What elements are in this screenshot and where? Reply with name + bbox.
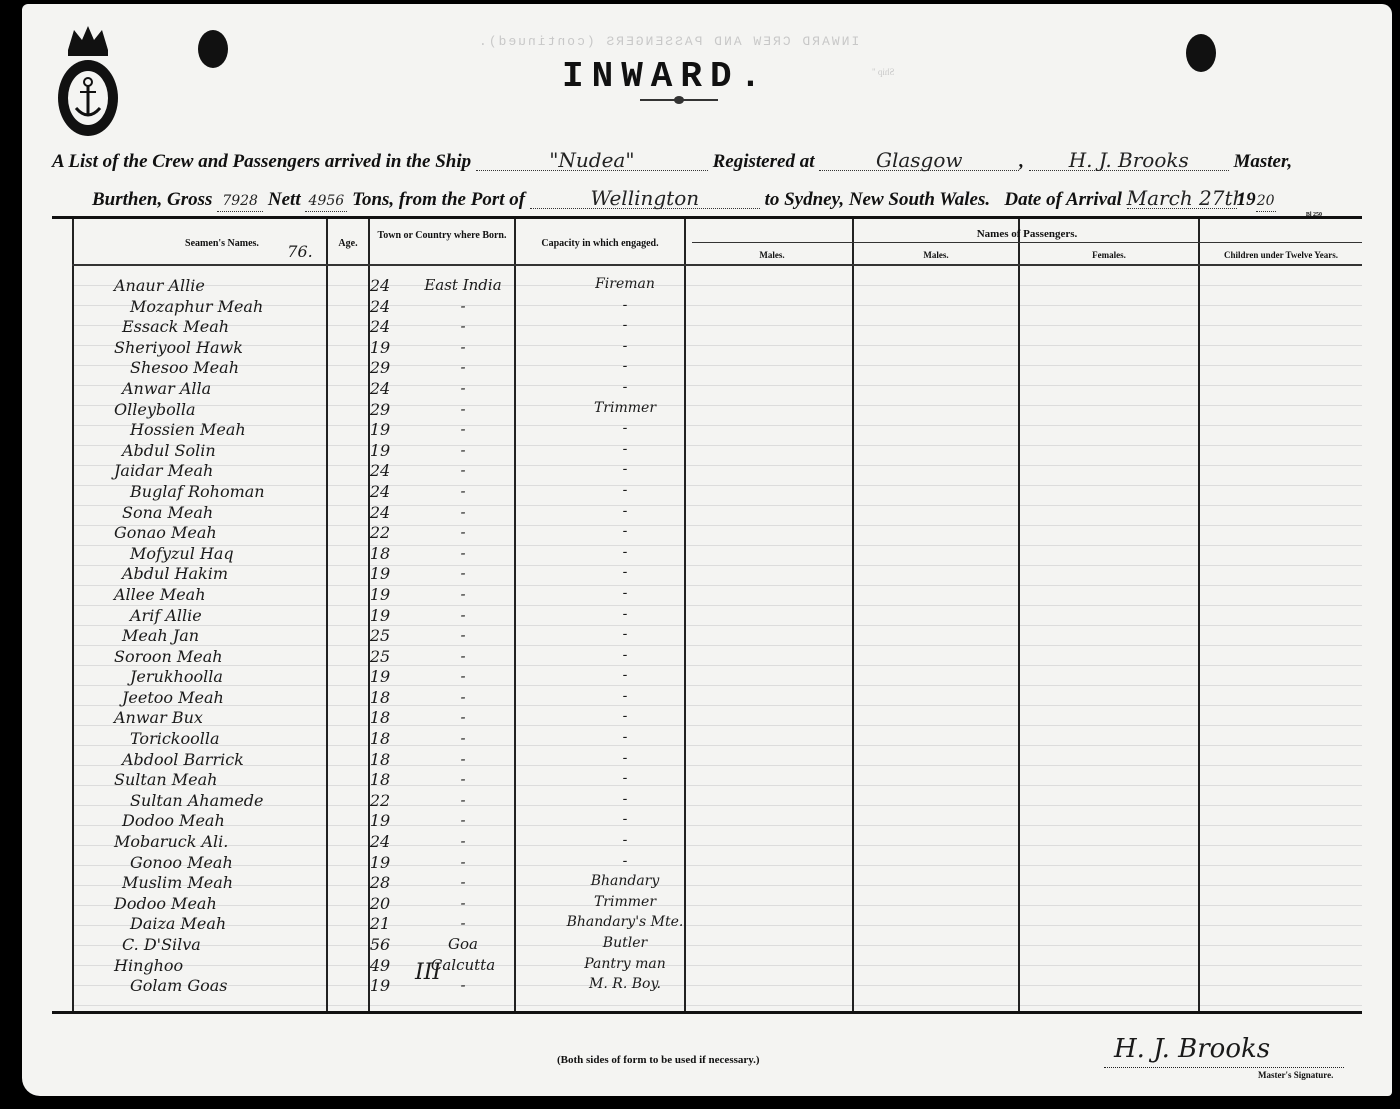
born-cell: - xyxy=(392,667,534,685)
gross-tons-field[interactable]: 7928 xyxy=(217,191,263,212)
born-cell: - xyxy=(392,523,534,541)
born-cell: - xyxy=(392,585,534,603)
table-row: Meah Jan25-- xyxy=(52,626,732,647)
master-label: Master, xyxy=(1233,151,1292,172)
capacity-cell: - xyxy=(540,606,710,622)
born-cell: - xyxy=(392,544,534,562)
table-row: Sheriyool Hawk19-- xyxy=(52,338,732,359)
table-row: Sultan Ahamede22-- xyxy=(52,791,732,812)
header-bottom-rule xyxy=(72,264,1362,266)
table-top-rule xyxy=(52,216,1362,219)
capacity-cell: Fireman xyxy=(540,276,710,292)
table-row: Shesoo Meah29-- xyxy=(52,358,732,379)
born-cell: - xyxy=(392,976,534,994)
form-title: INWARD. xyxy=(562,56,769,97)
capacity-cell: M. R. Boy. xyxy=(540,976,710,992)
table-row: Abdul Hakim19-- xyxy=(52,564,732,585)
capacity-cell: - xyxy=(540,379,710,395)
crew-name-cell: Essack Meah xyxy=(122,317,372,336)
tally-marks: III xyxy=(415,960,441,985)
born-cell: - xyxy=(392,894,534,912)
table-row: Mobaruck Ali.24-- xyxy=(52,832,732,853)
born-cell: - xyxy=(392,358,534,376)
header-age: Age. xyxy=(328,238,368,250)
crew-name-cell: Meah Jan xyxy=(122,626,372,645)
table-row: Abdool Barrick18-- xyxy=(52,750,732,771)
born-cell: - xyxy=(392,750,534,768)
crew-name-cell: Jerukhoolla xyxy=(130,667,380,686)
table-row: Sultan Meah18-- xyxy=(52,770,732,791)
crew-name-cell: Anaur Allie xyxy=(114,276,364,295)
born-cell: - xyxy=(392,729,534,747)
year-prefix: 19 xyxy=(1237,189,1256,210)
table-row: Muslim Meah28-Bhandary xyxy=(52,873,732,894)
table-row: Gonao Meah22-- xyxy=(52,523,732,544)
capacity-cell: Pantry man xyxy=(540,956,710,972)
table-row: Soroon Meah25-- xyxy=(52,647,732,668)
crew-name-cell: Arif Allie xyxy=(130,606,380,625)
capacity-cell: - xyxy=(540,647,710,663)
ship-name-field[interactable]: "Nudea" xyxy=(476,150,708,171)
passengers-group-rule xyxy=(692,242,1362,243)
crew-name-cell: Soroon Meah xyxy=(114,647,364,666)
crew-name-cell: Abdool Barrick xyxy=(122,750,372,769)
crew-name-cell: Anwar Alla xyxy=(122,379,372,398)
table-row: Jaidar Meah24-- xyxy=(52,461,732,482)
count-annotation: 76. xyxy=(280,246,320,258)
capacity-cell: - xyxy=(540,853,710,869)
born-cell: - xyxy=(392,400,534,418)
table-row: Essack Meah24-- xyxy=(52,317,732,338)
crew-name-cell: Torickoolla xyxy=(130,729,380,748)
born-cell: - xyxy=(392,503,534,521)
table-row: Arif Allie19-- xyxy=(52,606,732,627)
crew-name-cell: Dodoo Meah xyxy=(114,894,364,913)
crew-rows: Anaur Allie24East IndiaFiremanMozaphur M… xyxy=(52,276,732,997)
born-cell: - xyxy=(392,379,534,397)
header-males-2: Males. xyxy=(854,249,1018,261)
capacity-cell: - xyxy=(540,358,710,374)
born-cell: - xyxy=(392,482,534,500)
capacity-cell: - xyxy=(540,688,710,704)
table-row: Hinghoo49CalcuttaPantry man xyxy=(52,956,732,977)
crew-name-cell: Allee Meah xyxy=(114,585,364,604)
header-children: Children under Twelve Years. xyxy=(1200,249,1362,261)
born-cell: - xyxy=(392,914,534,932)
table-row: Abdul Solin19-- xyxy=(52,441,732,462)
born-cell: - xyxy=(392,420,534,438)
born-cell: - xyxy=(392,317,534,335)
header-line-2: Burthen, Gross 7928 Nett 4956 Tons, from… xyxy=(92,188,1276,212)
master-name-field[interactable]: H. J. Brooks xyxy=(1029,150,1229,171)
signature-label: Master's Signature. xyxy=(1258,1070,1333,1080)
crew-name-cell: Jeetoo Meah xyxy=(122,688,372,707)
crew-name-cell: Gonao Meah xyxy=(114,523,364,542)
crew-name-cell: Abdul Solin xyxy=(122,441,372,460)
crew-name-cell: Mobaruck Ali. xyxy=(114,832,364,851)
signature-line xyxy=(1104,1067,1344,1068)
header-seamens-names: Seamen's Names. xyxy=(152,238,292,250)
capacity-cell: - xyxy=(540,420,710,436)
table-row: Dodoo Meah20-Trimmer xyxy=(52,894,732,915)
capacity-cell: - xyxy=(540,338,710,354)
born-cell: - xyxy=(392,564,534,582)
capacity-cell: - xyxy=(540,523,710,539)
born-cell: - xyxy=(392,853,534,871)
registered-label: Registered at xyxy=(713,151,815,172)
crew-name-cell: Hinghoo xyxy=(114,956,364,975)
crew-name-cell: Mozaphur Meah xyxy=(130,297,380,316)
header-line-1: A List of the Crew and Passengers arrive… xyxy=(52,150,1292,173)
born-cell: - xyxy=(392,297,534,315)
capacity-cell: - xyxy=(540,729,710,745)
crew-name-cell: Hossien Meah xyxy=(130,420,380,439)
table-row: Gonoo Meah19-- xyxy=(52,853,732,874)
table-row: Mofyzul Haq18-- xyxy=(52,544,732,565)
punch-hole-left xyxy=(198,30,228,68)
table-row: Anaur Allie24East IndiaFireman xyxy=(52,276,732,297)
born-cell: - xyxy=(392,708,534,726)
crew-name-cell: Dodoo Meah xyxy=(122,811,372,830)
born-cell: - xyxy=(392,338,534,356)
crew-name-cell: Golam Goas xyxy=(130,976,380,995)
header-born: Town or Country where Born. xyxy=(370,230,514,242)
crew-name-cell: Mofyzul Haq xyxy=(130,544,380,563)
born-cell: Calcutta xyxy=(392,956,534,974)
crew-name-cell: Daiza Meah xyxy=(130,914,380,933)
arrival-label: Date of Arrival xyxy=(1004,189,1122,210)
table-row: Sona Meah24-- xyxy=(52,503,732,524)
capacity-cell: - xyxy=(540,317,710,333)
born-cell: - xyxy=(392,461,534,479)
from-port-field[interactable]: Wellington xyxy=(530,188,760,209)
master-signature[interactable]: H. J. Brooks xyxy=(1114,1034,1270,1064)
list-prefix-label: A List of the Crew and Passengers arrive… xyxy=(52,151,471,172)
table-row: Buglaf Rohoman24-- xyxy=(52,482,732,503)
capacity-cell: - xyxy=(540,461,710,477)
table-row: Mozaphur Meah24-- xyxy=(52,297,732,318)
title-ornament xyxy=(640,99,718,101)
capacity-cell: - xyxy=(540,626,710,642)
table-row: C. D'Silva56GoaButler xyxy=(52,935,732,956)
table-row: Anwar Alla24-- xyxy=(52,379,732,400)
header-females: Females. xyxy=(1020,249,1198,261)
crew-name-cell: Muslim Meah xyxy=(122,873,372,892)
born-cell: - xyxy=(392,441,534,459)
capacity-cell: - xyxy=(540,811,710,827)
footer-note: (Both sides of form to be used if necess… xyxy=(557,1054,760,1066)
nett-tons-field[interactable]: 4956 xyxy=(305,191,347,212)
capacity-cell: - xyxy=(540,832,710,848)
born-cell: - xyxy=(392,873,534,891)
crew-name-cell: Sultan Meah xyxy=(114,770,364,789)
born-cell: - xyxy=(392,626,534,644)
crew-name-cell: Abdul Hakim xyxy=(122,564,372,583)
crew-name-cell: Sona Meah xyxy=(122,503,372,522)
crew-name-cell: Olleybolla xyxy=(114,400,364,419)
crew-name-cell: C. D'Silva xyxy=(122,935,372,954)
capacity-cell: - xyxy=(540,503,710,519)
table-row: Golam Goas19-M. R. Boy. xyxy=(52,976,732,997)
capacity-cell: - xyxy=(540,791,710,807)
born-cell: - xyxy=(392,791,534,809)
form-number: Bl 250 xyxy=(1306,212,1322,218)
crew-name-cell: Sultan Ahamede xyxy=(130,791,380,810)
crew-name-cell: Sheriyool Hawk xyxy=(114,338,364,357)
burthen-label: Burthen, Gross xyxy=(92,189,212,210)
bleed-through-ship: Ship " xyxy=(872,67,894,77)
nett-label: Nett xyxy=(268,189,301,210)
table-row: Torickoolla18-- xyxy=(52,729,732,750)
capacity-cell: - xyxy=(540,770,710,786)
col-divider xyxy=(852,219,854,1011)
crew-name-cell: Gonoo Meah xyxy=(130,853,380,872)
capacity-cell: - xyxy=(540,750,710,766)
table-row: Jeetoo Meah18-- xyxy=(52,688,732,709)
table-row: Allee Meah19-- xyxy=(52,585,732,606)
arrival-date-field[interactable]: March 27th xyxy=(1127,188,1237,209)
table-row: Daiza Meah21-Bhandary's Mte. xyxy=(52,914,732,935)
capacity-cell: - xyxy=(540,297,710,313)
capacity-cell: - xyxy=(540,441,710,457)
table-row: Anwar Bux18-- xyxy=(52,708,732,729)
born-cell: - xyxy=(392,606,534,624)
capacity-cell: Bhandary xyxy=(540,873,710,889)
registered-port-field[interactable]: Glasgow xyxy=(819,150,1019,171)
born-cell: Goa xyxy=(392,935,534,953)
capacity-cell: - xyxy=(540,544,710,560)
crew-name-cell: Anwar Bux xyxy=(114,708,364,727)
capacity-cell: - xyxy=(540,564,710,580)
capacity-cell: Trimmer xyxy=(540,894,710,910)
col-divider xyxy=(1018,219,1020,1011)
header-passengers: Names of Passengers. xyxy=(692,228,1362,240)
crew-name-cell: Shesoo Meah xyxy=(130,358,380,377)
capacity-cell: Bhandary's Mte. xyxy=(540,914,710,930)
table-row: Hossien Meah19-- xyxy=(52,420,732,441)
bleed-through-header: INWARD CREW AND PASSENGERS (continued). xyxy=(477,34,859,49)
born-cell: - xyxy=(392,832,534,850)
tons-from-label: Tons, from the Port of xyxy=(352,189,525,210)
born-cell: - xyxy=(392,770,534,788)
header-capacity: Capacity in which engaged. xyxy=(516,238,684,250)
table-bottom-rule xyxy=(52,1011,1362,1014)
table-row: Dodoo Meah19-- xyxy=(52,811,732,832)
born-cell: - xyxy=(392,811,534,829)
born-cell: East India xyxy=(392,276,534,294)
header-males-1: Males. xyxy=(692,249,852,261)
punch-hole-right xyxy=(1186,34,1216,72)
capacity-cell: - xyxy=(540,667,710,683)
crew-name-cell: Buglaf Rohoman xyxy=(130,482,380,501)
capacity-cell: - xyxy=(540,482,710,498)
crew-table: Bl 250 Seamen's Names. 76. Age. Town or … xyxy=(52,216,1362,1016)
table-row: Olleybolla29-Trimmer xyxy=(52,400,732,421)
born-cell: - xyxy=(392,647,534,665)
capacity-cell: - xyxy=(540,708,710,724)
anchor-badge-icon xyxy=(54,20,122,138)
capacity-cell: - xyxy=(540,585,710,601)
year-field[interactable]: 20 xyxy=(1256,191,1276,212)
born-cell: - xyxy=(392,688,534,706)
to-sydney-label: to Sydney, New South Wales. xyxy=(765,189,991,210)
crew-name-cell: Jaidar Meah xyxy=(114,461,364,480)
col-divider xyxy=(1198,219,1200,1011)
capacity-cell: Butler xyxy=(540,935,710,951)
table-row: Jerukhoolla19-- xyxy=(52,667,732,688)
capacity-cell: Trimmer xyxy=(540,400,710,416)
manifest-page: INWARD CREW AND PASSENGERS (continued). … xyxy=(22,4,1392,1096)
